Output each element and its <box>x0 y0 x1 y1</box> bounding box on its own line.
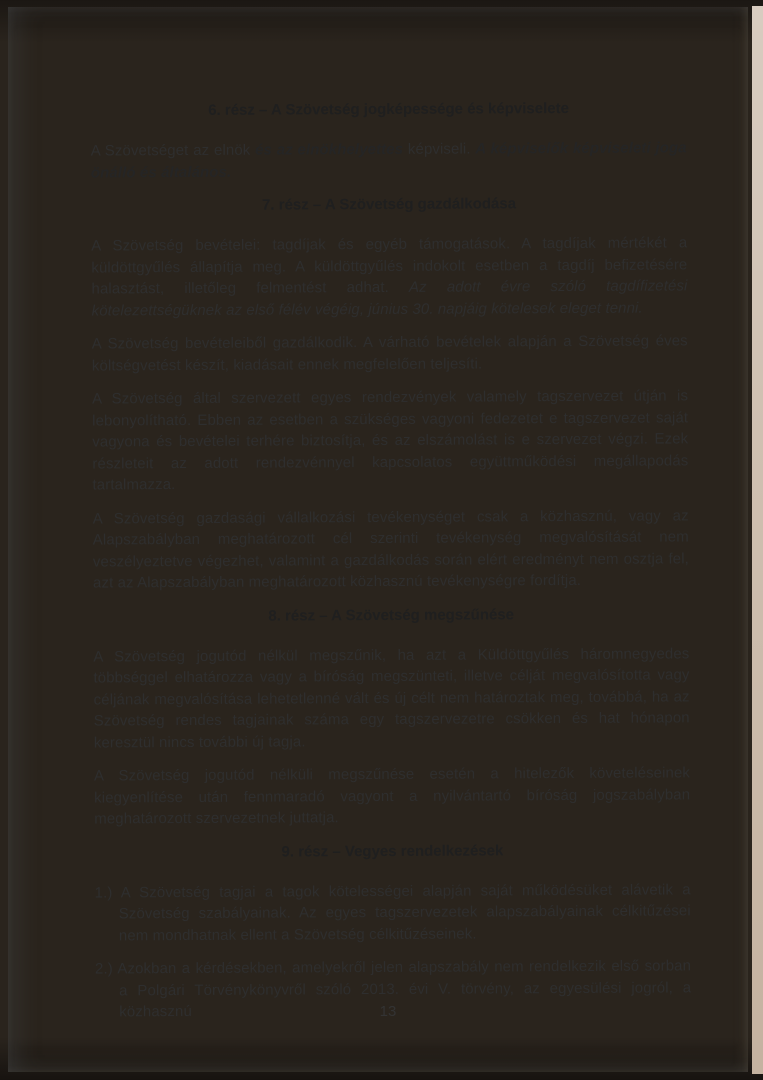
text-run: A Szövetség jogutód nélküli megszűnése e… <box>94 764 690 827</box>
list-marker: 2.) <box>95 960 117 977</box>
paragraph: A Szövetség bevételeiből gazdálkodik. A … <box>92 330 688 376</box>
paragraph: A Szövetség jogutód nélküli megszűnése e… <box>94 762 690 830</box>
paragraph: A Szövetség gazdasági vállalkozási tevék… <box>93 505 689 594</box>
text-run: A Szövetség bevételeiből gazdálkodik. A … <box>92 332 688 374</box>
photo-edge-strip <box>752 6 763 1074</box>
paragraph: A Szövetséget az elnök és az elnökhelyet… <box>91 137 687 183</box>
list-item: 1.) A Szövetség tagjai a tagok kötelessé… <box>95 879 691 947</box>
text-run: A Szövetség jogutód nélkül megszűnik, ha… <box>93 645 689 751</box>
text-run: A Szövetség gazdasági vállalkozási tevék… <box>93 507 689 592</box>
document-content: 6. rész – A Szövetség jogképessége és ké… <box>8 5 753 1023</box>
section-heading: 6. rész – A Szövetség jogképessége és ké… <box>90 97 686 122</box>
photo-background: 6. rész – A Szövetség jogképessége és ké… <box>0 0 763 1080</box>
paragraph: A Szövetség bevételei: tagdíjak és egyéb… <box>91 232 687 321</box>
text-run: képviseli. <box>403 140 475 157</box>
paragraph: A Szövetség jogutód nélkül megszűnik, ha… <box>93 643 690 754</box>
section-heading: 8. rész – A Szövetség megszűnése <box>93 603 689 628</box>
section-heading: 9. rész – Vegyes rendelkezések <box>94 839 690 864</box>
page-number: 13 <box>90 1003 686 1020</box>
document-page: 6. rész – A Szövetség jogképessége és ké… <box>8 7 748 1072</box>
list-marker: 1.) <box>95 884 121 901</box>
paragraph: A Szövetség által szervezett egyes rende… <box>92 385 689 496</box>
text-run: A Szövetség által szervezett egyes rende… <box>92 387 688 493</box>
section-heading: 7. rész – A Szövetség gazdálkodása <box>91 192 687 217</box>
text-run: A Szövetséget az elnök <box>91 142 255 160</box>
text-run: és az elnökhelyettes <box>255 141 403 159</box>
list-item-text: A Szövetség tagjai a tagok kötelességei … <box>119 881 691 944</box>
